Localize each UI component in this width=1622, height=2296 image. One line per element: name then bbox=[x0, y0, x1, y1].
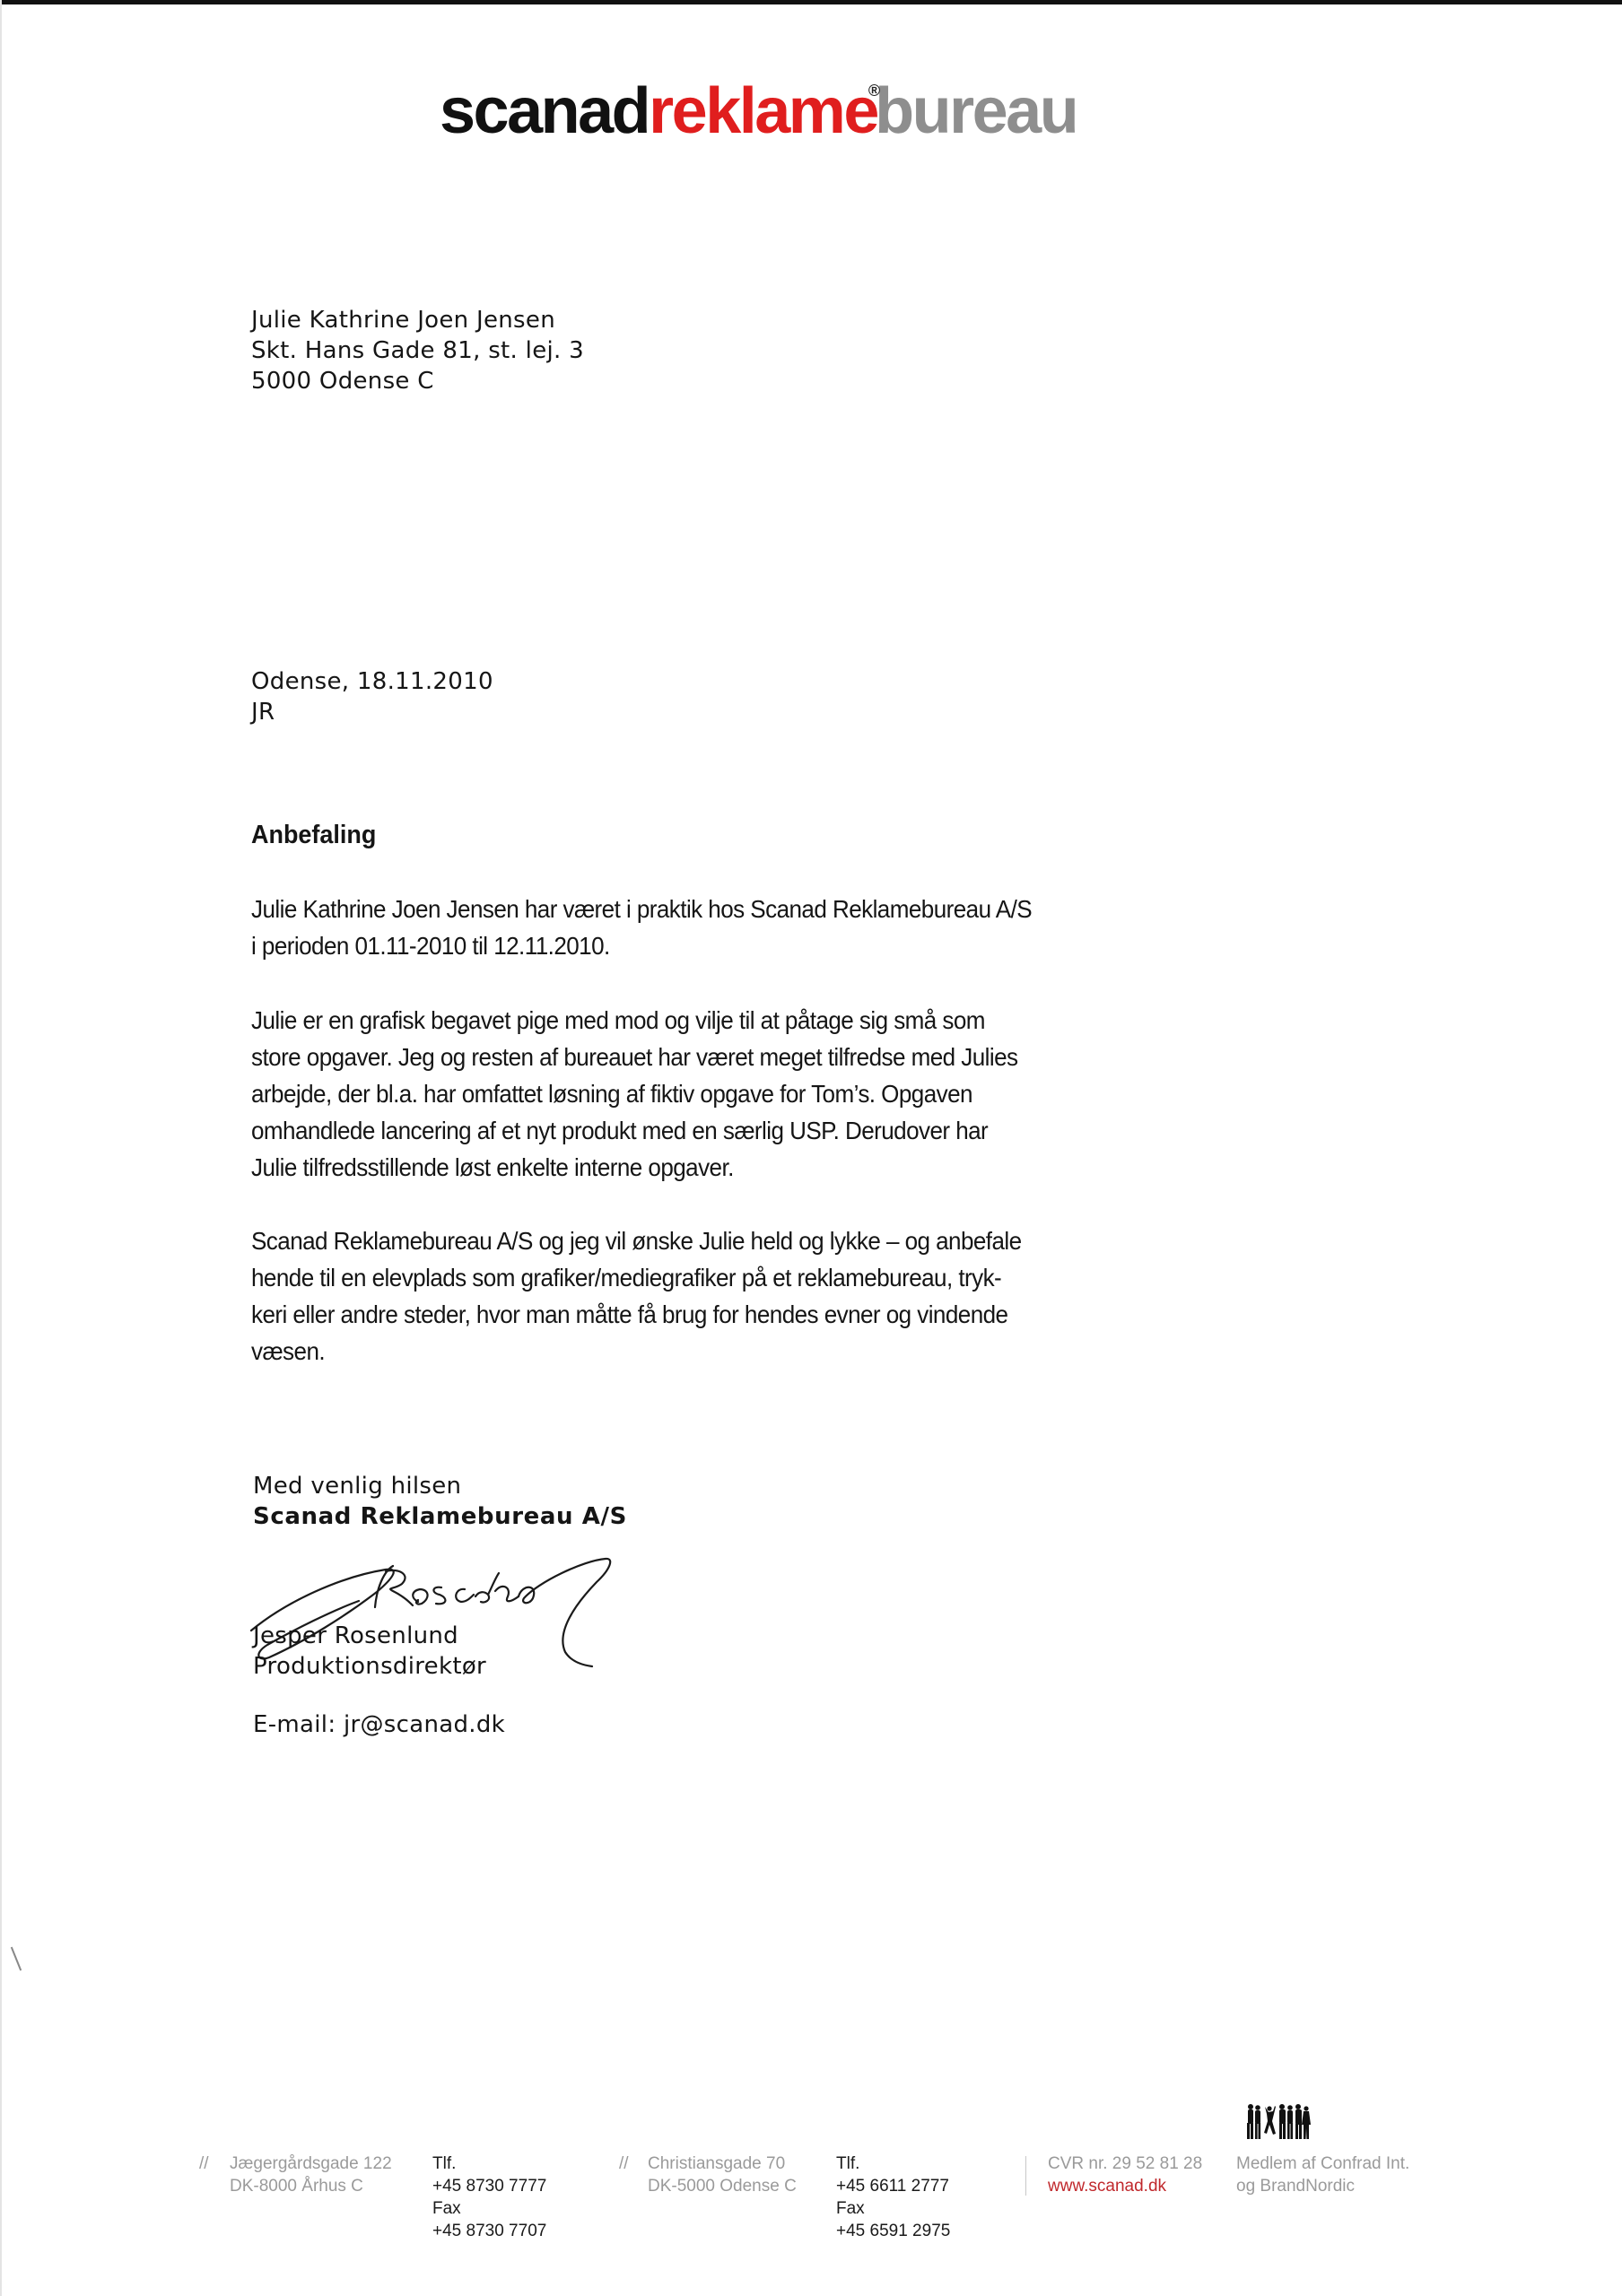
fax-label: Fax bbox=[836, 2197, 874, 2220]
logo-part-scanad: scanad bbox=[440, 75, 649, 147]
recipient-street: Skt. Hans Gade 81, st. lej. 3 bbox=[251, 335, 584, 366]
odense-fax: +45 6591 2975 bbox=[836, 2220, 950, 2242]
recipient-city: 5000 Odense C bbox=[251, 366, 584, 396]
place-date: Odense, 18.11.2010 bbox=[251, 666, 493, 697]
text-line: hende til en elevplads som grafiker/medi… bbox=[251, 1259, 1202, 1296]
closing-block: Med venlig hilsen Scanad Reklamebureau A… bbox=[253, 1471, 627, 1532]
body-paragraph-2: Julie er en grafisk begavet pige med mod… bbox=[251, 1002, 1202, 1186]
cvr-number: CVR nr. 29 52 81 28 bbox=[1048, 2152, 1202, 2175]
text-line: i perioden 01.11-2010 til 12.11.2010. bbox=[251, 927, 1202, 964]
footer-company-info: CVR nr. 29 52 81 28 www.scanad.dk bbox=[1048, 2152, 1202, 2197]
footer-aarhus-address: Jægergårdsgade 122 DK-8000 Århus C bbox=[230, 2152, 392, 2197]
footer-odense-address: Christiansgade 70 DK-5000 Odense C bbox=[648, 2152, 797, 2197]
registered-mark: ® bbox=[868, 82, 880, 100]
membership-line-1: Medlem af Confrad Int. bbox=[1236, 2152, 1409, 2175]
aarhus-fax: +45 8730 7707 bbox=[432, 2220, 546, 2242]
date-block: Odense, 18.11.2010 JR bbox=[251, 666, 493, 727]
odense-tel: +45 6611 2777 bbox=[836, 2175, 950, 2197]
recipient-name: Julie Kathrine Joen Jensen bbox=[251, 305, 584, 335]
text-line: Julie er en grafisk begavet pige med mod… bbox=[251, 1002, 1202, 1039]
recipient-address: Julie Kathrine Joen Jensen Skt. Hans Gad… bbox=[251, 305, 584, 396]
website-link[interactable]: www.scanad.dk bbox=[1048, 2175, 1202, 2197]
company-logo: scanadreklame®bureau bbox=[440, 79, 1077, 143]
closing-greeting: Med venlig hilsen bbox=[253, 1471, 627, 1501]
logo-part-bureau: bureau bbox=[875, 75, 1077, 147]
body-paragraph-3: Scanad Reklamebureau A/S og jeg vil ønsk… bbox=[251, 1222, 1202, 1370]
footer-divider bbox=[1025, 2156, 1026, 2196]
reference-initials: JR bbox=[251, 697, 493, 727]
text-line: arbejde, der bl.a. har omfattet løsning … bbox=[251, 1075, 1202, 1112]
footer-aarhus-phone: Tlf.+45 8730 7777 Fax+45 8730 7707 bbox=[432, 2152, 546, 2242]
fax-label: Fax bbox=[432, 2197, 470, 2220]
letterhead-footer: // Jægergårdsgade 122 DK-8000 Århus C Tl… bbox=[0, 2152, 1622, 2206]
email-line: E-mail: jr@scanad.dk bbox=[253, 1709, 505, 1740]
aarhus-tel: +45 8730 7777 bbox=[432, 2175, 546, 2197]
odense-city: DK-5000 Odense C bbox=[648, 2175, 797, 2197]
letter-subject: Anbefaling bbox=[251, 821, 376, 850]
email-label: E-mail: bbox=[253, 1711, 336, 1738]
scan-edge bbox=[0, 0, 2, 2296]
text-line: Julie Kathrine Joen Jensen har været i p… bbox=[251, 891, 1202, 927]
membership-line-2: og BrandNordic bbox=[1236, 2175, 1409, 2197]
signer-block: Jesper Rosenlund Produktionsdirektør bbox=[253, 1621, 486, 1682]
tel-label: Tlf. bbox=[836, 2152, 874, 2175]
tel-label: Tlf. bbox=[432, 2152, 470, 2175]
closing-company: Scanad Reklamebureau A/S bbox=[253, 1501, 627, 1532]
body-paragraph-1: Julie Kathrine Joen Jensen har været i p… bbox=[251, 891, 1202, 964]
scan-border-line bbox=[0, 0, 1622, 4]
footer-membership: Medlem af Confrad Int. og BrandNordic bbox=[1236, 2152, 1409, 2197]
people-silhouette-icon bbox=[1245, 2103, 1312, 2141]
text-line: store opgaver. Jeg og resten af bureauet… bbox=[251, 1039, 1202, 1075]
aarhus-street: Jægergårdsgade 122 bbox=[230, 2152, 392, 2175]
signer-title: Produktionsdirektør bbox=[253, 1651, 486, 1682]
text-line: omhandlede lancering af et nyt produkt m… bbox=[251, 1112, 1202, 1149]
footer-separator: // bbox=[619, 2152, 629, 2175]
aarhus-city: DK-8000 Århus C bbox=[230, 2175, 392, 2197]
footer-separator: // bbox=[199, 2152, 209, 2175]
footer-odense-phone: Tlf.+45 6611 2777 Fax+45 6591 2975 bbox=[836, 2152, 950, 2242]
text-line: keri eller andre steder, hvor man måtte … bbox=[251, 1296, 1202, 1333]
text-line: Julie tilfredsstillende løst enkelte int… bbox=[251, 1149, 1202, 1186]
signer-name: Jesper Rosenlund bbox=[253, 1621, 486, 1651]
odense-street: Christiansgade 70 bbox=[648, 2152, 797, 2175]
logo-part-reklame: reklame bbox=[649, 75, 877, 147]
text-line: Scanad Reklamebureau A/S og jeg vil ønsk… bbox=[251, 1222, 1202, 1259]
text-line: væsen. bbox=[251, 1333, 1202, 1370]
scan-artifact bbox=[11, 1947, 22, 1971]
email-address[interactable]: jr@scanad.dk bbox=[344, 1711, 505, 1738]
